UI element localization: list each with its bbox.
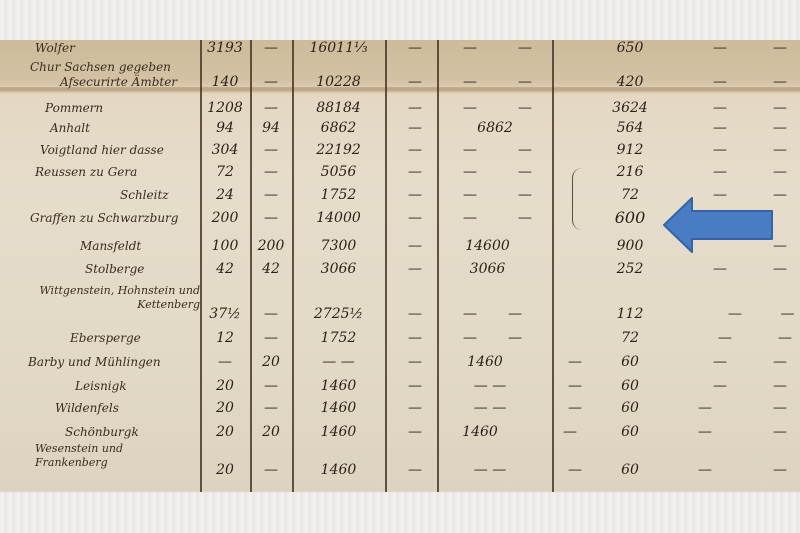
cell-c: 3066	[292, 257, 385, 281]
cell-e: 14600	[445, 234, 530, 258]
cell-a: 20	[200, 374, 250, 398]
cell-f: —	[510, 206, 540, 230]
cell-e: —	[455, 138, 485, 162]
cell-e: — —	[455, 458, 525, 482]
table-row: Wesenstein und Frankenberg 20 — 1460 — —…	[0, 458, 800, 482]
cell-b: —	[250, 138, 292, 162]
place-name: Graffen zu Schwarzburg	[30, 206, 178, 230]
cell-total: 60	[590, 458, 670, 482]
place-name: Barby und Mühlingen	[28, 350, 161, 374]
cell-total: 60	[590, 396, 670, 420]
table-row: Wildenfels 20 — 1460 — — — — 60 — —	[0, 396, 800, 420]
curly-brace-mark	[572, 168, 587, 230]
cell-e: 6862	[450, 116, 540, 140]
cell-h: —	[765, 160, 795, 184]
cell-f: —	[500, 302, 530, 326]
cell-b: —	[250, 302, 292, 326]
cell-c: 5056	[292, 160, 385, 184]
cell-f: —	[565, 350, 585, 374]
cell-b: 200	[250, 234, 292, 258]
cell-b: —	[250, 206, 292, 230]
cell-a: 94	[200, 116, 250, 140]
cell-c: 1460	[292, 420, 385, 444]
cell-total: 60	[590, 420, 670, 444]
place-name: Voigtland hier dasse	[40, 138, 164, 162]
cell-c: 1752	[292, 326, 385, 350]
cell-b: 94	[250, 116, 292, 140]
cell-b: 42	[250, 257, 292, 281]
cell-d: —	[400, 350, 430, 374]
cell-g: —	[705, 70, 735, 94]
cell-d: —	[400, 302, 430, 326]
cell-d: —	[400, 138, 430, 162]
cell-total: 252	[590, 257, 670, 281]
place-name: Anhalt	[50, 116, 90, 140]
table-row: Reussen zu Gera 72 — 5056 — — — 216 — —	[0, 160, 800, 184]
cell-total: 216	[590, 160, 670, 184]
cell-e: 1460	[445, 350, 525, 374]
cell-e: —	[455, 160, 485, 184]
cell-d: —	[400, 458, 430, 482]
cell-total-highlighted: 600	[590, 206, 670, 230]
cell-a: 20	[200, 458, 250, 482]
cell-g: —	[705, 116, 735, 140]
cell-c: 10228	[292, 70, 385, 94]
cell-h: —	[775, 302, 800, 326]
cell-d: —	[400, 420, 430, 444]
cell-g: —	[690, 420, 720, 444]
cell-b: —	[250, 396, 292, 420]
cell-total: 112	[590, 302, 670, 326]
table-row: Stolberge 42 42 3066 — 3066 252 — —	[0, 257, 800, 281]
cell-g: —	[720, 302, 750, 326]
cell-d: —	[400, 70, 430, 94]
cell-e: 3066	[445, 257, 530, 281]
cell-f: —	[500, 326, 530, 350]
cell-b: —	[250, 70, 292, 94]
cell-c: 1460	[292, 396, 385, 420]
cell-h: —	[765, 396, 795, 420]
table-row: Wittgenstein, Hohnstein und Kettenberg 3…	[0, 302, 800, 326]
table-row: Voigtland hier dasse 304 — 22192 — — — 9…	[0, 138, 800, 162]
cell-a: 20	[200, 396, 250, 420]
place-name: Mansfeldt	[80, 234, 141, 258]
cell-c: 14000	[292, 206, 385, 230]
cell-h: —	[765, 70, 795, 94]
cell-h: —	[765, 458, 795, 482]
cell-d: —	[400, 183, 430, 207]
cell-c: 7300	[292, 234, 385, 258]
cell-total: 912	[590, 138, 670, 162]
cell-d: —	[400, 374, 430, 398]
place-name: Stolberge	[85, 257, 144, 281]
cell-h: —	[765, 420, 795, 444]
cell-c: 22192	[292, 138, 385, 162]
cell-h: —	[770, 326, 800, 350]
cell-a: 140	[200, 70, 250, 94]
cell-b: —	[250, 458, 292, 482]
table-row: Schönburgk 20 20 1460 — 1460 — 60 — —	[0, 420, 800, 444]
cell-total: 72	[590, 326, 670, 350]
cell-g: —	[705, 374, 735, 398]
cell-a: 304	[200, 138, 250, 162]
cell-f: —	[510, 160, 540, 184]
cell-g: —	[710, 326, 740, 350]
cell-a: 42	[200, 257, 250, 281]
cell-total: 420	[590, 70, 670, 94]
cell-f: —	[560, 420, 580, 444]
cell-a: 20	[200, 420, 250, 444]
cell-b: 20	[250, 350, 292, 374]
cell-g: —	[690, 458, 720, 482]
place-name: Ebersperge	[70, 326, 141, 350]
cell-c: 1752	[292, 183, 385, 207]
cell-e: —	[455, 183, 485, 207]
cell-f: —	[565, 374, 585, 398]
cell-g: —	[705, 138, 735, 162]
place-name: Schönburgk	[65, 420, 139, 444]
cell-a: 200	[200, 206, 250, 230]
place-name: Wesenstein und Frankenberg	[35, 442, 195, 466]
cell-f: —	[565, 458, 585, 482]
cell-h: —	[765, 374, 795, 398]
cell-e: —	[455, 70, 485, 94]
cell-a: 72	[200, 160, 250, 184]
cell-h: —	[765, 116, 795, 140]
background-bottom	[0, 492, 800, 533]
cell-d: —	[400, 116, 430, 140]
place-name: Wittgenstein, Hohnstein und Kettenberg	[30, 284, 200, 308]
cell-h: —	[765, 350, 795, 374]
cell-c: 6862	[292, 116, 385, 140]
cell-g: —	[705, 350, 735, 374]
cell-g: —	[705, 160, 735, 184]
cell-d: —	[400, 206, 430, 230]
cell-a: —	[200, 350, 250, 374]
table-row: Afsecurirte Ämbter 140 — 10228 — — — 420…	[0, 70, 800, 94]
cell-b: 20	[250, 420, 292, 444]
cell-total: 60	[590, 350, 670, 374]
cell-c: 1460	[292, 374, 385, 398]
cell-e: —	[455, 326, 485, 350]
cell-total: 900	[590, 234, 670, 258]
table-row: Anhalt 94 94 6862 — 6862 564 — —	[0, 116, 800, 140]
cell-h: —	[765, 257, 795, 281]
cell-c: — —	[292, 350, 385, 374]
background-top	[0, 0, 800, 40]
table-row: Leisnigk 20 — 1460 — — — — 60 — —	[0, 374, 800, 398]
cell-total: 60	[590, 374, 670, 398]
cell-a: 100	[200, 234, 250, 258]
left-arrow-icon	[662, 196, 774, 254]
place-name: Schleitz	[120, 183, 169, 207]
cell-c: 1460	[292, 458, 385, 482]
place-name: Afsecurirte Ämbter	[60, 70, 177, 94]
table-row: Ebersperge 12 — 1752 — — — 72 — —	[0, 326, 800, 350]
place-name: Wildenfels	[55, 396, 119, 420]
cell-d: —	[400, 160, 430, 184]
cell-e: 1460	[440, 420, 520, 444]
cell-d: —	[400, 234, 430, 258]
cell-d: —	[400, 257, 430, 281]
place-name: Reussen zu Gera	[35, 160, 137, 184]
cell-g: —	[690, 396, 720, 420]
cell-b: —	[250, 160, 292, 184]
cell-e: — —	[455, 396, 525, 420]
cell-e: — —	[455, 374, 525, 398]
cell-b: —	[250, 183, 292, 207]
cell-a: 37½	[200, 302, 250, 326]
cell-b: —	[250, 374, 292, 398]
cell-d: —	[400, 396, 430, 420]
cell-h: —	[765, 138, 795, 162]
cell-e: —	[455, 206, 485, 230]
cell-e: —	[455, 302, 485, 326]
cell-a: 12	[200, 326, 250, 350]
cell-d: —	[400, 326, 430, 350]
cell-total: 564	[590, 116, 670, 140]
cell-f: —	[510, 70, 540, 94]
table-row: Barby und Mühlingen — 20 — — — 1460 — 60…	[0, 350, 800, 374]
cell-a: 24	[200, 183, 250, 207]
cell-f: —	[565, 396, 585, 420]
cell-b: —	[250, 326, 292, 350]
cell-g: —	[705, 257, 735, 281]
cell-total: 72	[590, 183, 670, 207]
cell-f: —	[510, 138, 540, 162]
cell-f: —	[510, 183, 540, 207]
cell-c: 2725½	[292, 302, 385, 326]
place-name: Leisnigk	[75, 374, 127, 398]
